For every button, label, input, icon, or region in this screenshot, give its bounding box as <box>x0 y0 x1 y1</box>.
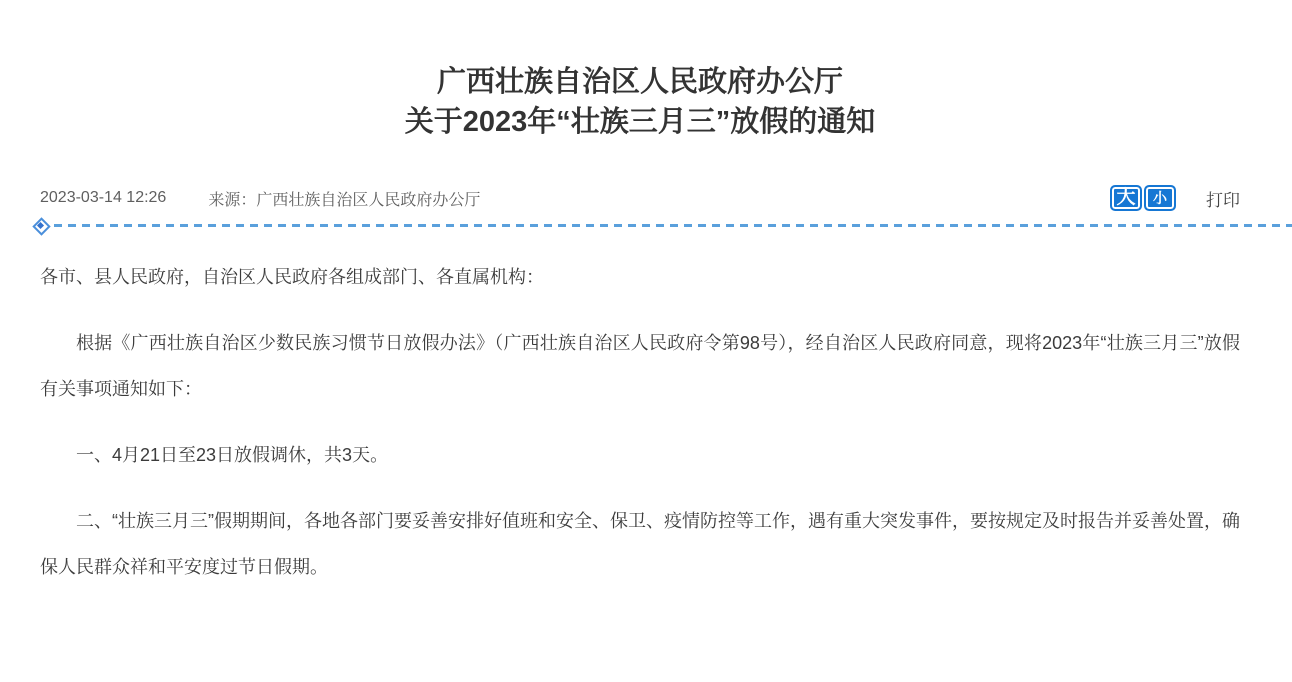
font-size-decrease-button[interactable]: 小 <box>1144 185 1176 211</box>
article-page: 广西壮族自治区人民政府办公厅 关于2023年“壮族三月三”放假的通知 2023-… <box>0 0 1292 590</box>
source-text: 来源：广西壮族自治区人民政府办公厅 <box>208 187 480 210</box>
font-size-increase-button[interactable]: 大 <box>1110 185 1142 211</box>
page-title-line-1: 广西壮族自治区人民政府办公厅 <box>40 62 1240 102</box>
page-title-line-2: 关于2023年“壮族三月三”放假的通知 <box>40 102 1240 142</box>
meta-right: 大 小 打印 <box>1110 185 1240 211</box>
article-body: 各市、县人民政府，自治区人民政府各组成部门、各直属机构：根据《广西壮族自治区少数… <box>40 254 1240 590</box>
dashed-divider <box>54 224 1292 227</box>
meta-row: 2023-03-14 12:26 来源：广西壮族自治区人民政府办公厅 大 小 打… <box>40 184 1240 212</box>
page-title: 广西壮族自治区人民政府办公厅 关于2023年“壮族三月三”放假的通知 <box>40 0 1240 142</box>
print-button[interactable]: 打印 <box>1206 186 1240 211</box>
meta-left: 2023-03-14 12:26 来源：广西壮族自治区人民政府办公厅 <box>40 187 480 210</box>
article-paragraph: 各市、县人民政府，自治区人民政府各组成部门、各直属机构： <box>40 254 1240 300</box>
article-paragraph: 二、“壮族三月三”假期期间，各地各部门要妥善安排好值班和安全、保卫、疫情防控等工… <box>40 498 1240 590</box>
publish-datetime: 2023-03-14 12:26 <box>40 189 166 207</box>
separator <box>32 216 1240 234</box>
diamond-icon <box>32 217 49 234</box>
article-paragraph: 一、4月21日至23日放假调休，共3天。 <box>40 432 1240 478</box>
article-paragraph: 根据《广西壮族自治区少数民族习惯节日放假办法》（广西壮族自治区人民政府令第98号… <box>40 320 1240 412</box>
